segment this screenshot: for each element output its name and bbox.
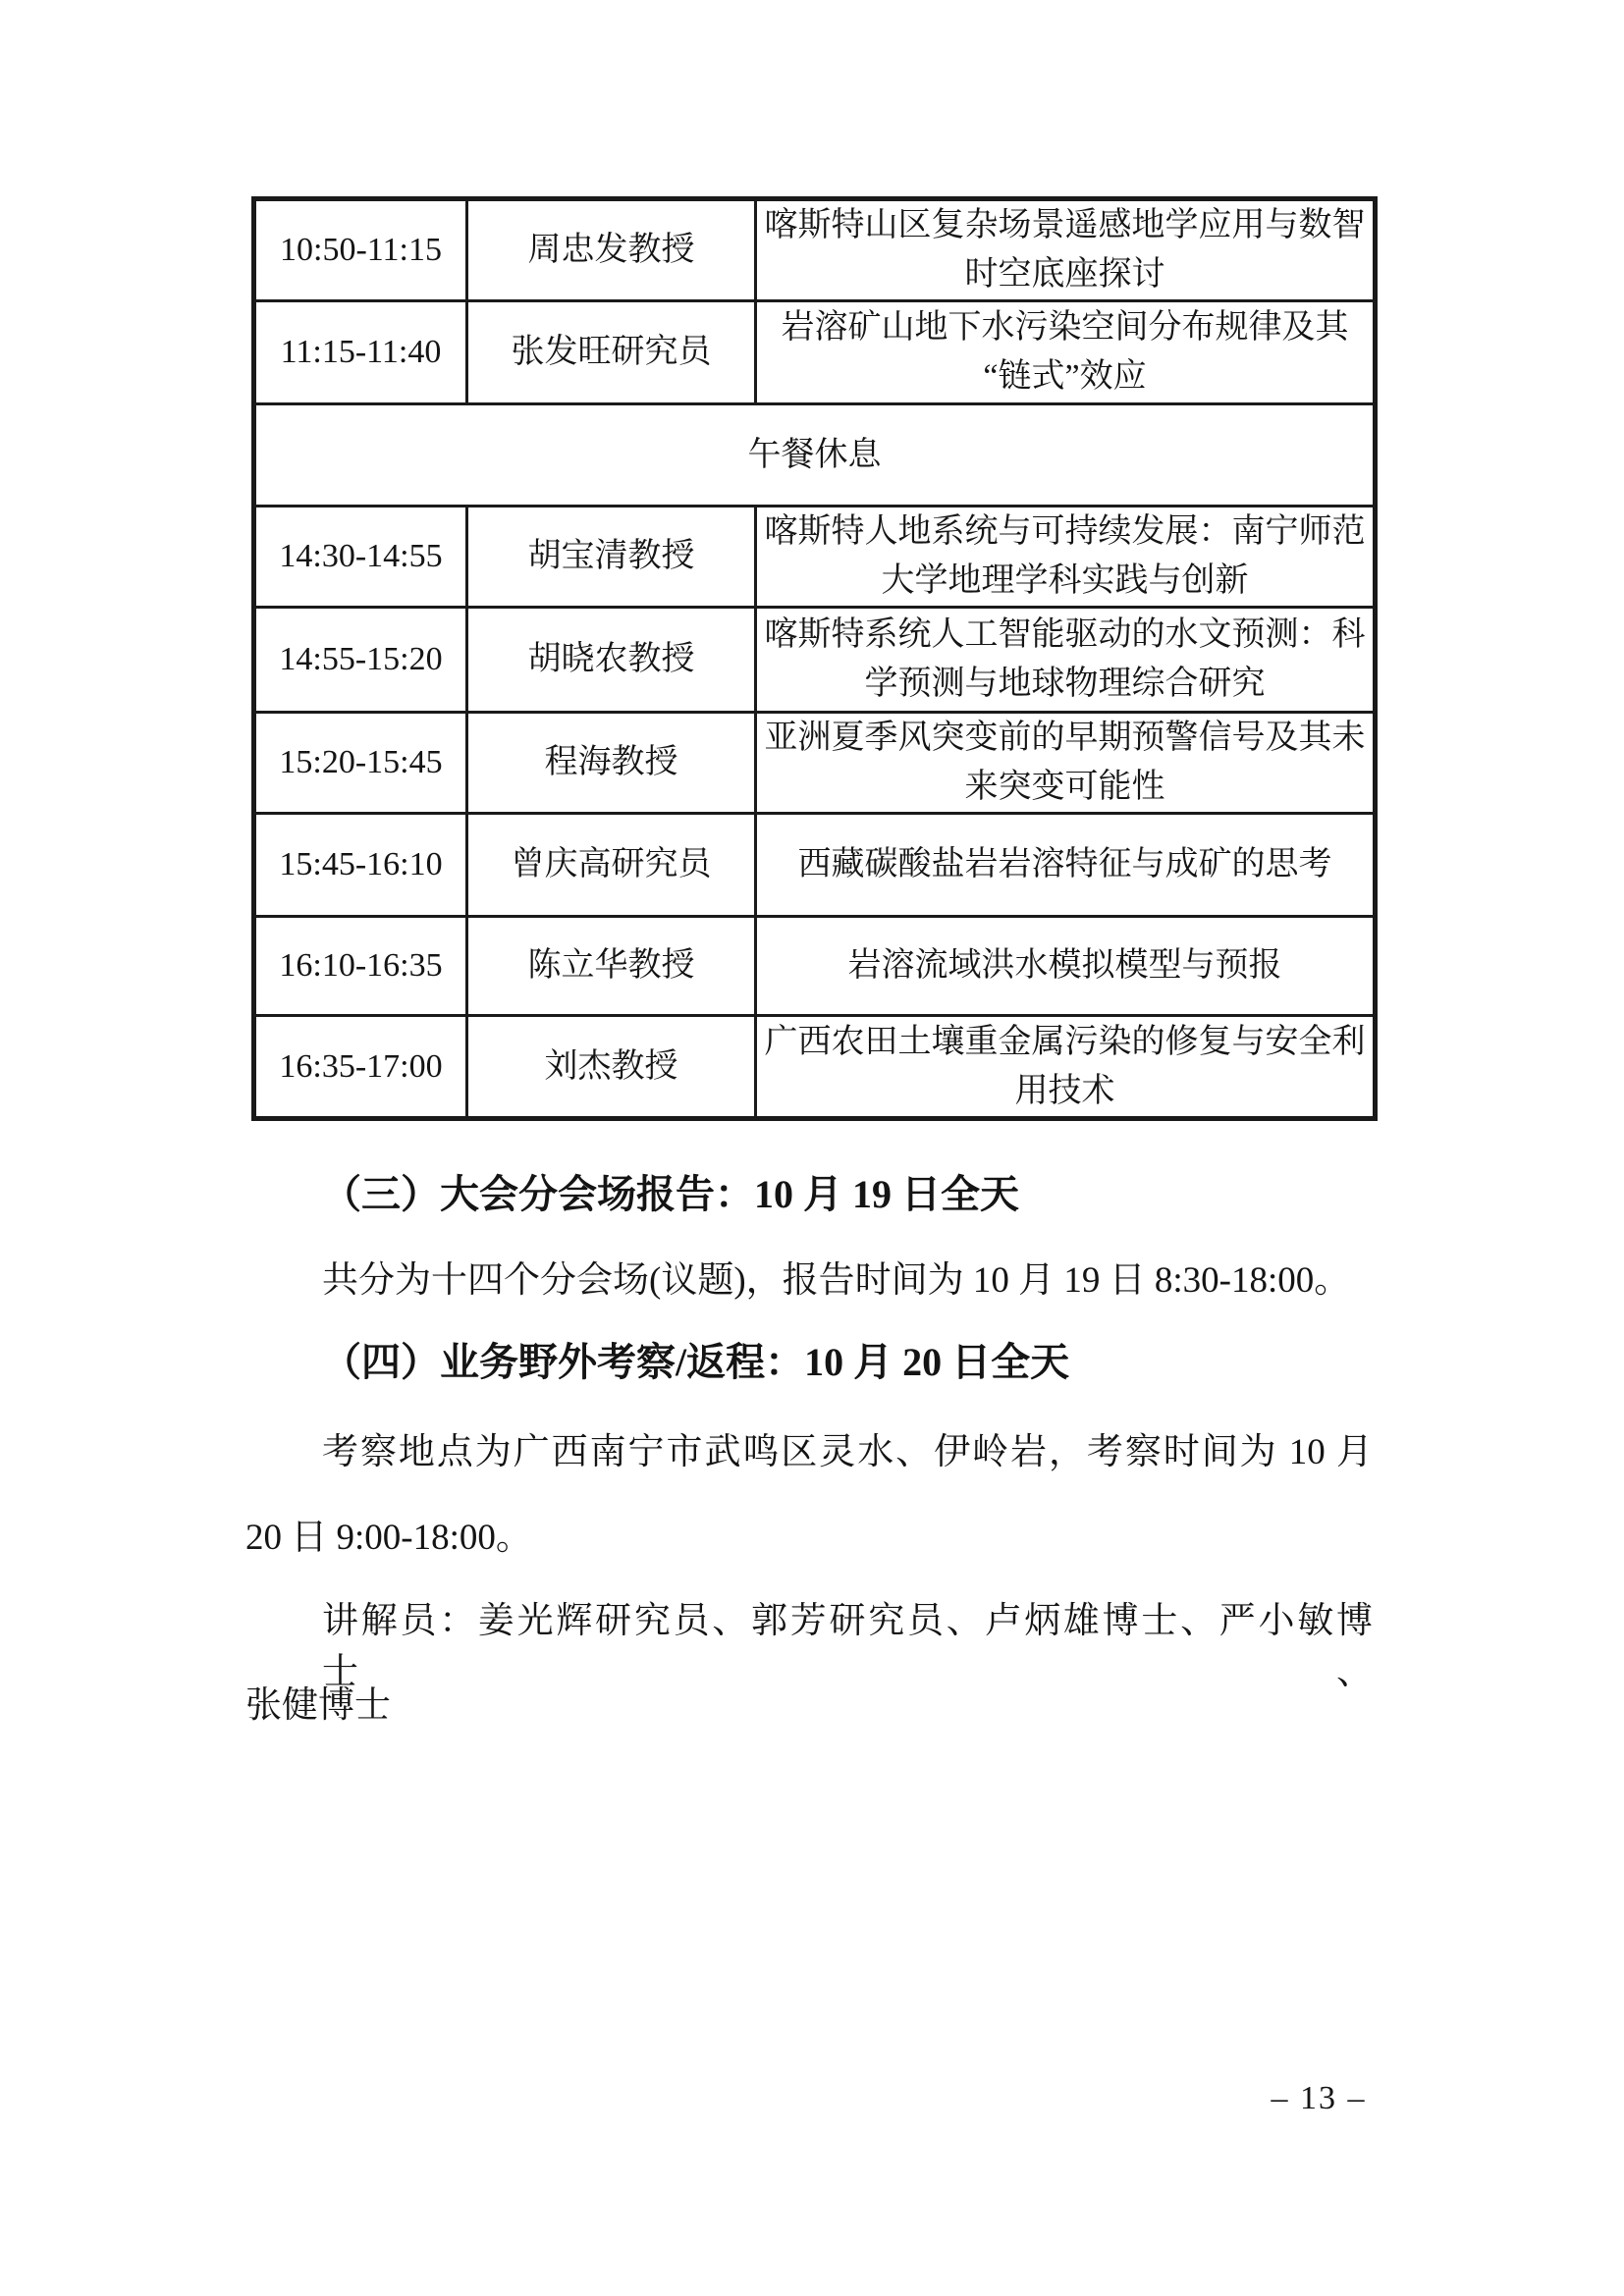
time-cell: 15:45-16:10 [254,814,467,917]
section3-heading: （三）大会分会场报告：10 月 19 日全天 [245,1169,1373,1220]
table-row: 14:30-14:55 胡宝清教授 喀斯特人地系统与可持续发展：南宁师范 大学地… [254,507,1376,608]
topic-line-2: 用技术 [761,1067,1369,1116]
section3-body: 共分为十四个分会场(议题)，报告时间为 10 月 19 日 8:30-18:00… [245,1255,1373,1307]
section4-body-line-1: 考察地点为广西南宁市武鸣区灵水、伊岭岩，考察时间为 10 月 [245,1427,1373,1478]
topic-line-2: 时空底座探讨 [761,250,1369,299]
speaker-cell: 陈立华教授 [467,917,756,1016]
time-cell: 14:30-14:55 [254,507,467,608]
table-row: 15:20-15:45 程海教授 亚洲夏季风突变前的早期预警信号及其未 来突变可… [254,713,1376,814]
speaker-cell: 程海教授 [467,713,756,814]
lunch-break-cell: 午餐休息 [254,404,1376,507]
topic-line-1: 喀斯特山区复杂场景遥感地学应用与数智 [761,201,1369,250]
speaker-cell: 胡宝清教授 [467,507,756,608]
time-cell: 15:20-15:45 [254,713,467,814]
speaker-cell: 胡晓农教授 [467,608,756,713]
topic-line-1: 亚洲夏季风突变前的早期预警信号及其未 [761,714,1369,763]
section4-body-line-2: 20 日 9:00-18:00。 [245,1513,1373,1564]
topic-line-1: 喀斯特人地系统与可持续发展：南宁师范 [761,507,1369,557]
topic-cell: 亚洲夏季风突变前的早期预警信号及其未 来突变可能性 [756,713,1376,814]
topic-line-1: 西藏碳酸盐岩岩溶特征与成矿的思考 [761,840,1369,889]
table-row: 14:55-15:20 胡晓农教授 喀斯特系统人工智能驱动的水文预测：科 学预测… [254,608,1376,713]
time-cell: 16:10-16:35 [254,917,467,1016]
time-cell: 16:35-17:00 [254,1016,467,1119]
topic-line-1: 岩溶矿山地下水污染空间分布规律及其 [761,303,1369,352]
topic-cell: 喀斯特人地系统与可持续发展：南宁师范 大学地理学科实践与创新 [756,507,1376,608]
time-cell: 14:55-15:20 [254,608,467,713]
topic-cell: 岩溶流域洪水模拟模型与预报 [756,917,1376,1016]
topic-line-2: 来突变可能性 [761,763,1369,812]
time-cell: 10:50-11:15 [254,199,467,301]
table-row: 15:45-16:10 曾庆高研究员 西藏碳酸盐岩岩溶特征与成矿的思考 [254,814,1376,917]
section4-body-line-4: 张健博士 [245,1681,1373,1732]
topic-cell: 岩溶矿山地下水污染空间分布规律及其 “链式”效应 [756,301,1376,404]
table-row: 16:35-17:00 刘杰教授 广西农田土壤重金属污染的修复与安全利 用技术 [254,1016,1376,1119]
topic-line-2: 学预测与地球物理综合研究 [761,660,1369,709]
section4-heading: （四）业务野外考察/返程：10 月 20 日全天 [245,1337,1373,1388]
topic-line-2: “链式”效应 [761,352,1369,401]
table-row: 10:50-11:15 周忠发教授 喀斯特山区复杂场景遥感地学应用与数智 时空底… [254,199,1376,301]
topic-line-2: 大学地理学科实践与创新 [761,557,1369,606]
lunch-break-row: 午餐休息 [254,404,1376,507]
topic-cell: 喀斯特系统人工智能驱动的水文预测：科 学预测与地球物理综合研究 [756,608,1376,713]
table-row: 16:10-16:35 陈立华教授 岩溶流域洪水模拟模型与预报 [254,917,1376,1016]
topic-line-1: 喀斯特系统人工智能驱动的水文预测：科 [761,611,1369,660]
topic-line-1: 广西农田土壤重金属污染的修复与安全利 [761,1018,1369,1067]
topic-cell: 喀斯特山区复杂场景遥感地学应用与数智 时空底座探讨 [756,199,1376,301]
speaker-cell: 刘杰教授 [467,1016,756,1119]
time-cell: 11:15-11:40 [254,301,467,404]
topic-cell: 广西农田土壤重金属污染的修复与安全利 用技术 [756,1016,1376,1119]
speaker-cell: 周忠发教授 [467,199,756,301]
schedule-table: 10:50-11:15 周忠发教授 喀斯特山区复杂场景遥感地学应用与数智 时空底… [251,196,1378,1121]
topic-cell: 西藏碳酸盐岩岩溶特征与成矿的思考 [756,814,1376,917]
speaker-cell: 曾庆高研究员 [467,814,756,917]
speaker-cell: 张发旺研究员 [467,301,756,404]
page-number: – 13 – [1216,2079,1422,2118]
document-page: 10:50-11:15 周忠发教授 喀斯特山区复杂场景遥感地学应用与数智 时空底… [0,0,1624,2296]
table-row: 11:15-11:40 张发旺研究员 岩溶矿山地下水污染空间分布规律及其 “链式… [254,301,1376,404]
topic-line-1: 岩溶流域洪水模拟模型与预报 [761,941,1369,990]
